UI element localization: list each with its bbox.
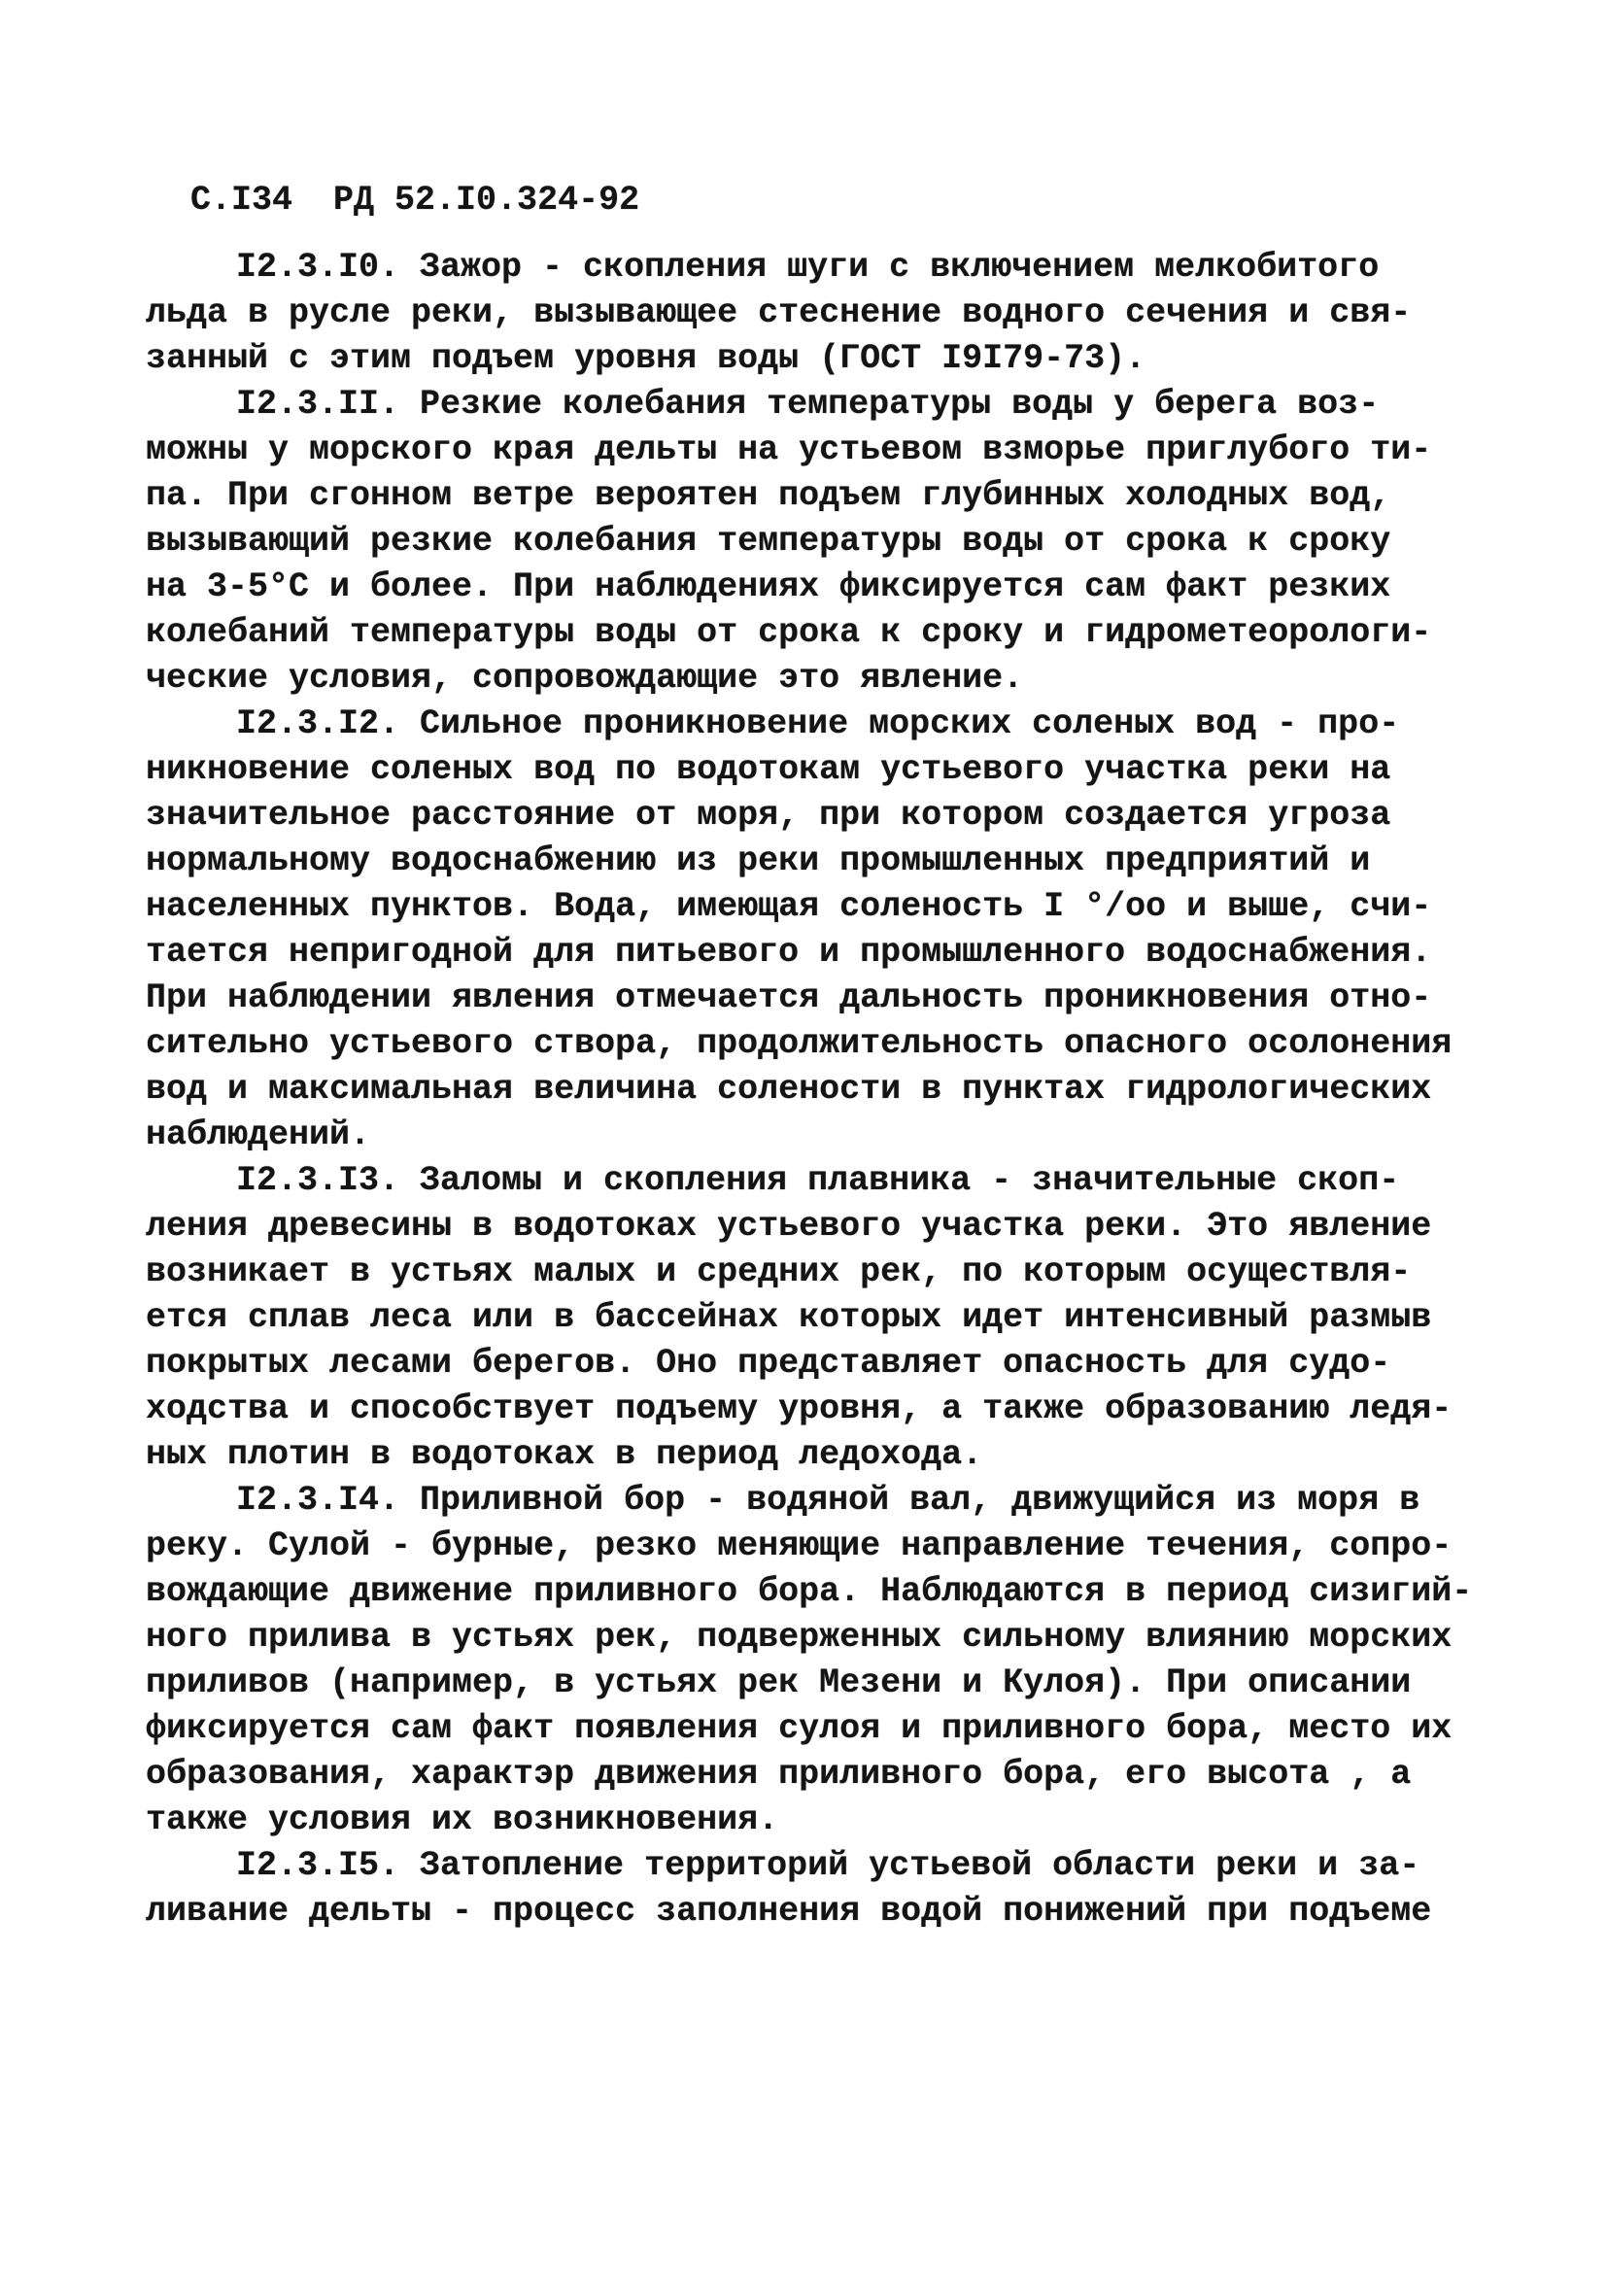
text-line: вызывающий резкие колебания температуры … bbox=[146, 519, 1516, 565]
page-header: С.I34 РД 52.I0.324-92 bbox=[190, 181, 639, 220]
text-line: значительное расстояние от моря, при кот… bbox=[146, 793, 1516, 839]
text-line: тается непригодной для питьевого и промы… bbox=[146, 930, 1516, 976]
paragraph: I2.3.I2. Сильное проникновение морских с… bbox=[146, 702, 1516, 1158]
text-line: I2.3.I3. Заломы и скопления плавника - з… bbox=[146, 1158, 1516, 1204]
text-line: возникает в устьях малых и средних рек, … bbox=[146, 1250, 1516, 1295]
scanned-document-page: С.I34 РД 52.I0.324-92 I2.3.I0. Зажор - с… bbox=[0, 0, 1607, 2296]
text-line: занный с этим подъем уровня воды (ГОСТ I… bbox=[146, 336, 1516, 382]
text-line: I2.3.I5. Затопление территорий устьевой … bbox=[146, 1843, 1516, 1889]
text-line: на 3-5°С и более. При наблюдениях фиксир… bbox=[146, 565, 1516, 610]
text-line: нормальному водоснабжению из реки промыш… bbox=[146, 839, 1516, 884]
paragraph: I2.3.II. Резкие колебания температуры во… bbox=[146, 382, 1516, 702]
text-line: колебаний температуры воды от срока к ср… bbox=[146, 610, 1516, 656]
text-line: ных плотин в водотоках в период ледохода… bbox=[146, 1432, 1516, 1478]
text-line: ется сплав леса или в бассейнах которых … bbox=[146, 1295, 1516, 1341]
text-line: реку. Сулой - бурные, резко меняющие нап… bbox=[146, 1524, 1516, 1569]
text-line: ческие условия, сопровождающие это явлен… bbox=[146, 656, 1516, 702]
text-line: ного прилива в устьях рек, подверженных … bbox=[146, 1615, 1516, 1661]
text-line: па. При сгонном ветре вероятен подъем гл… bbox=[146, 473, 1516, 519]
text-line: никновение соленых вод по водотокам усть… bbox=[146, 747, 1516, 793]
text-line: вод и максимальная величина солености в … bbox=[146, 1067, 1516, 1113]
page-number-label: С.I34 bbox=[190, 181, 292, 220]
paragraph: I2.3.I4. Приливной бор - водяной вал, дв… bbox=[146, 1478, 1516, 1843]
text-line: приливов (например, в устьях рек Мезени … bbox=[146, 1661, 1516, 1706]
text-line: I2.3.I0. Зажор - скопления шуги с включе… bbox=[146, 245, 1516, 291]
text-line: наблюдений. bbox=[146, 1113, 1516, 1158]
text-line: ходства и способствует подъему уровня, а… bbox=[146, 1387, 1516, 1432]
text-line: образования, характэр движения приливног… bbox=[146, 1752, 1516, 1798]
document-body: I2.3.I0. Зажор - скопления шуги с включе… bbox=[146, 245, 1516, 1935]
text-line: населенных пунктов. Вода, имеющая солено… bbox=[146, 884, 1516, 930]
paragraph: I2.3.I0. Зажор - скопления шуги с включе… bbox=[146, 245, 1516, 382]
text-line: сительно устьевого створа, продолжительн… bbox=[146, 1021, 1516, 1067]
text-line: фиксируется сам факт появления сулоя и п… bbox=[146, 1706, 1516, 1752]
text-line: покрытых лесами берегов. Оно представляе… bbox=[146, 1341, 1516, 1387]
document-code-label: РД 52.I0.324-92 bbox=[333, 181, 639, 220]
text-line: I2.3.I4. Приливной бор - водяной вал, дв… bbox=[146, 1478, 1516, 1524]
text-line: можны у морского края дельты на устьевом… bbox=[146, 428, 1516, 473]
text-line: При наблюдении явления отмечается дально… bbox=[146, 976, 1516, 1021]
text-line: ления древесины в водотоках устьевого уч… bbox=[146, 1204, 1516, 1250]
text-line: ливание дельты - процесс заполнения водо… bbox=[146, 1889, 1516, 1935]
text-line: I2.3.I2. Сильное проникновение морских с… bbox=[146, 702, 1516, 747]
text-line: I2.3.II. Резкие колебания температуры во… bbox=[146, 382, 1516, 428]
text-line: льда в русле реки, вызывающее стеснение … bbox=[146, 291, 1516, 336]
paragraph: I2.3.I3. Заломы и скопления плавника - з… bbox=[146, 1158, 1516, 1478]
text-line: также условия их возникновения. bbox=[146, 1798, 1516, 1843]
paragraph: I2.3.I5. Затопление территорий устьевой … bbox=[146, 1843, 1516, 1935]
text-line: вождающие движение приливного бора. Набл… bbox=[146, 1569, 1516, 1615]
